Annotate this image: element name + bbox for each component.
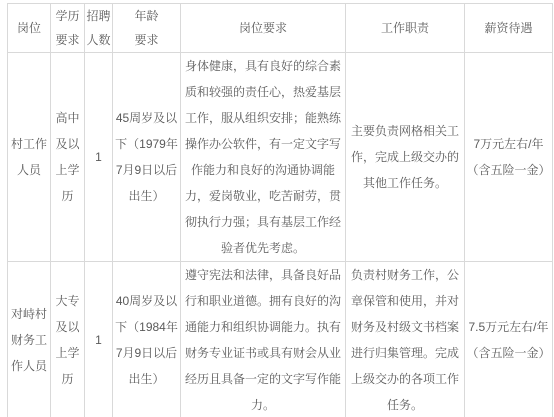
cell-age: 45周岁及以下（1979年7月9日以后出生） — [113, 53, 181, 262]
cell-headcount: 1 — [85, 53, 113, 262]
col-header-position: 岗位 — [8, 4, 51, 53]
cell-requirements: 遵守宪法和法律，具备良好品行和职业道德。拥有良好的沟通能力和组织协调能力。执有财… — [181, 262, 346, 417]
cell-duties: 负责村财务工作，公章保管和使用，并对财务及村级文书档案进行归集管理。完成上级交办… — [346, 262, 465, 417]
header-row: 岗位 学历 要求 招聘 人数 年龄 要求 岗位要求 工作职责 薪资待遇 — [8, 4, 553, 53]
cell-position: 村工作人员 — [8, 53, 51, 262]
col-header-education: 学历 要求 — [51, 4, 85, 53]
recruitment-table: 岗位 学历 要求 招聘 人数 年龄 要求 岗位要求 工作职责 薪资待遇 村工作人… — [7, 3, 553, 417]
col-header-requirements: 岗位要求 — [181, 4, 346, 53]
col-header-age: 年龄 要求 — [113, 4, 181, 53]
cell-education: 高中及以上学历 — [51, 53, 85, 262]
cell-requirements: 身体健康，具有良好的综合素质和较强的责任心，热爱基层工作，服从组织安排；能熟练操… — [181, 53, 346, 262]
col-header-salary: 薪资待遇 — [465, 4, 553, 53]
cell-salary: 7.5万元左右/年（含五险一金） — [465, 262, 553, 417]
cell-age: 40周岁及以下（1984年7月9日以后出生） — [113, 262, 181, 417]
cell-duties: 主要负责网格相关工作，完成上级交办的其他工作任务。 — [346, 53, 465, 262]
cell-headcount: 1 — [85, 262, 113, 417]
cell-salary: 7万元左右/年（含五险一金） — [465, 53, 553, 262]
col-header-headcount: 招聘 人数 — [85, 4, 113, 53]
cell-position: 对峙村财务工作人员 — [8, 262, 51, 417]
col-header-duties: 工作职责 — [346, 4, 465, 53]
cell-education: 大专及以上学历 — [51, 262, 85, 417]
table-row: 村工作人员 高中及以上学历 1 45周岁及以下（1979年7月9日以后出生） 身… — [8, 53, 553, 262]
table-row: 对峙村财务工作人员 大专及以上学历 1 40周岁及以下（1984年7月9日以后出… — [8, 262, 553, 417]
